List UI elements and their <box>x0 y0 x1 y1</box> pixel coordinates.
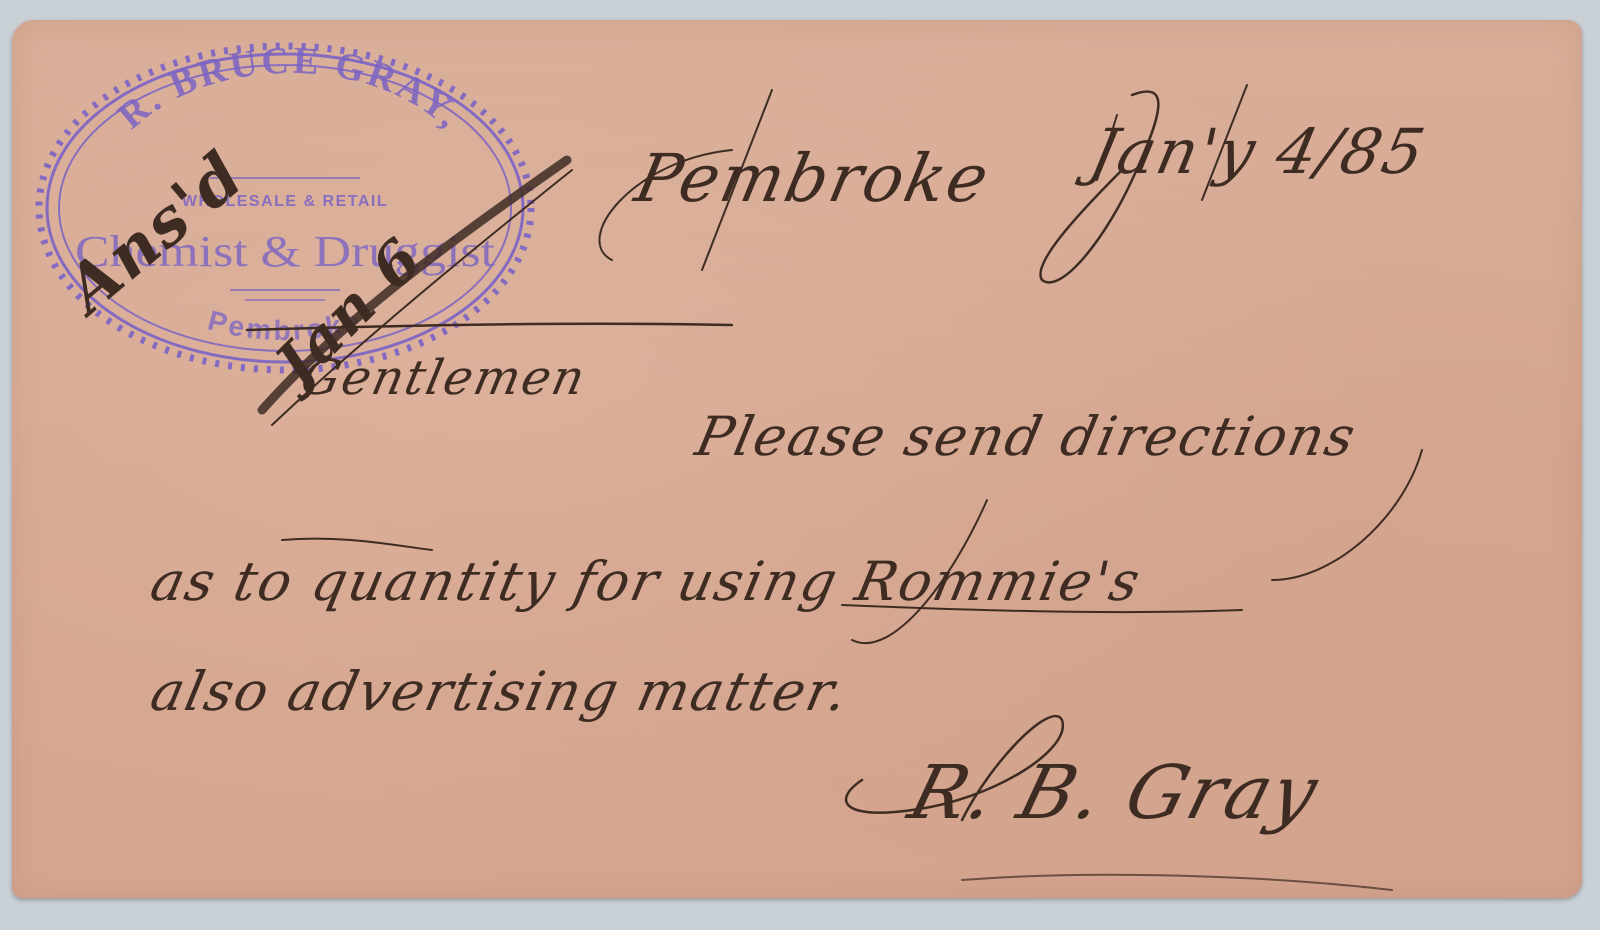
stamp-name: R. BRUCE GRAY, <box>110 40 471 138</box>
signature: R. B. Gray <box>900 750 1328 836</box>
date-heading: Jan'y 4/85 <box>1084 115 1432 188</box>
body-line-1: Please send directions <box>690 405 1362 468</box>
place-heading: Pembroke <box>629 140 997 217</box>
salutation: Gentlemen <box>296 350 591 406</box>
body-line-2: as to quantity for using Rommie's <box>145 550 1147 613</box>
svg-text:R. BRUCE GRAY,: R. BRUCE GRAY, <box>110 40 471 138</box>
body-line-3: also advertising matter. <box>145 660 855 723</box>
postal-card: R. BRUCE GRAY, WHOLESALE & RETAIL Chemis… <box>12 20 1582 898</box>
